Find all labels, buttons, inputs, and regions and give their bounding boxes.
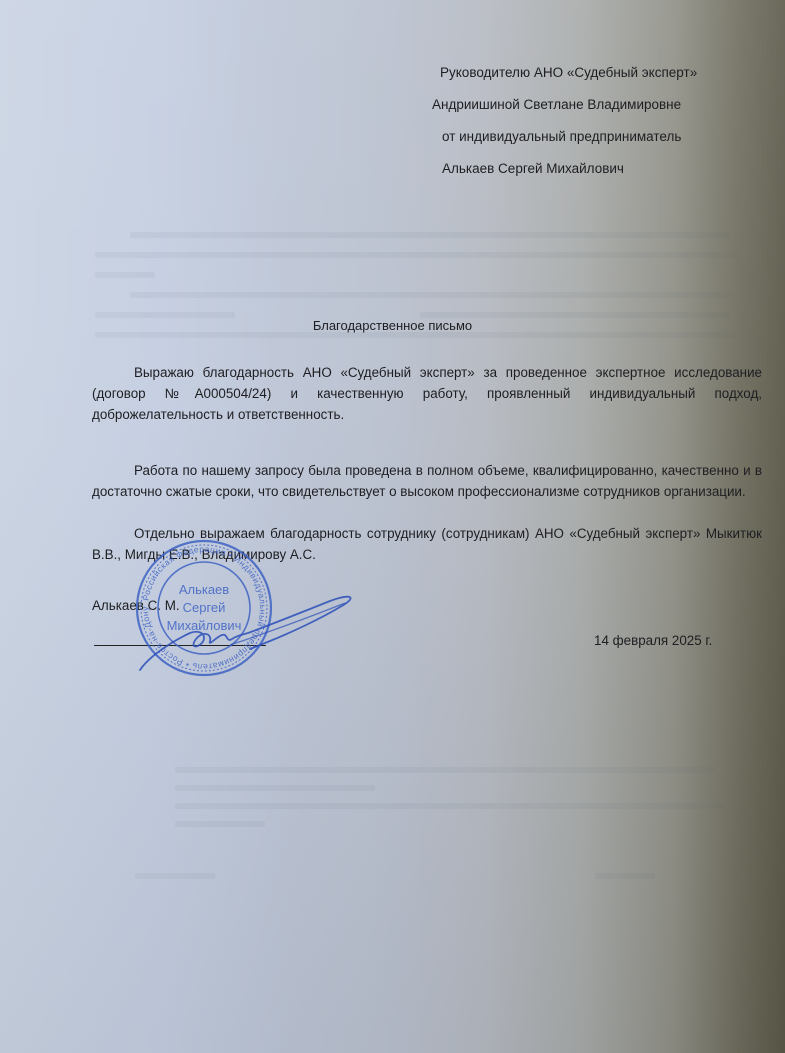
body-paragraph-quality: Работа по нашему запросу была проведена … (92, 460, 762, 502)
bleed-through-text (95, 272, 155, 278)
bleed-through-text (595, 873, 655, 879)
body-paragraph-gratitude: Выражаю благодарность АНО «Судебный эксп… (92, 362, 762, 425)
handwritten-signature-icon (130, 585, 370, 685)
addressee-line-recipient-title: Руководителю АНО «Судебный эксперт» (440, 64, 697, 81)
bleed-through-text (175, 821, 265, 827)
bleed-through-text (95, 252, 735, 258)
bleed-through-text (130, 232, 730, 238)
addressee-line-sender-name: Алькаев Сергей Михайлович (442, 160, 624, 177)
bleed-through-text (135, 873, 215, 879)
letter-title: Благодарственное письмо (0, 318, 785, 333)
bleed-through-text (130, 292, 730, 298)
bleed-through-text (175, 767, 715, 773)
addressee-line-recipient-name: Андриишиной Светлане Владимировне (432, 96, 681, 113)
letter-date: 14 февраля 2025 г. (594, 633, 712, 648)
bleed-through-text (175, 785, 375, 791)
letter-page: Руководителю АНО «Судебный эксперт» Андр… (0, 0, 785, 1053)
bleed-through-text (175, 803, 725, 809)
addressee-line-sender-title: от индивидуальный предприниматель (442, 128, 681, 145)
